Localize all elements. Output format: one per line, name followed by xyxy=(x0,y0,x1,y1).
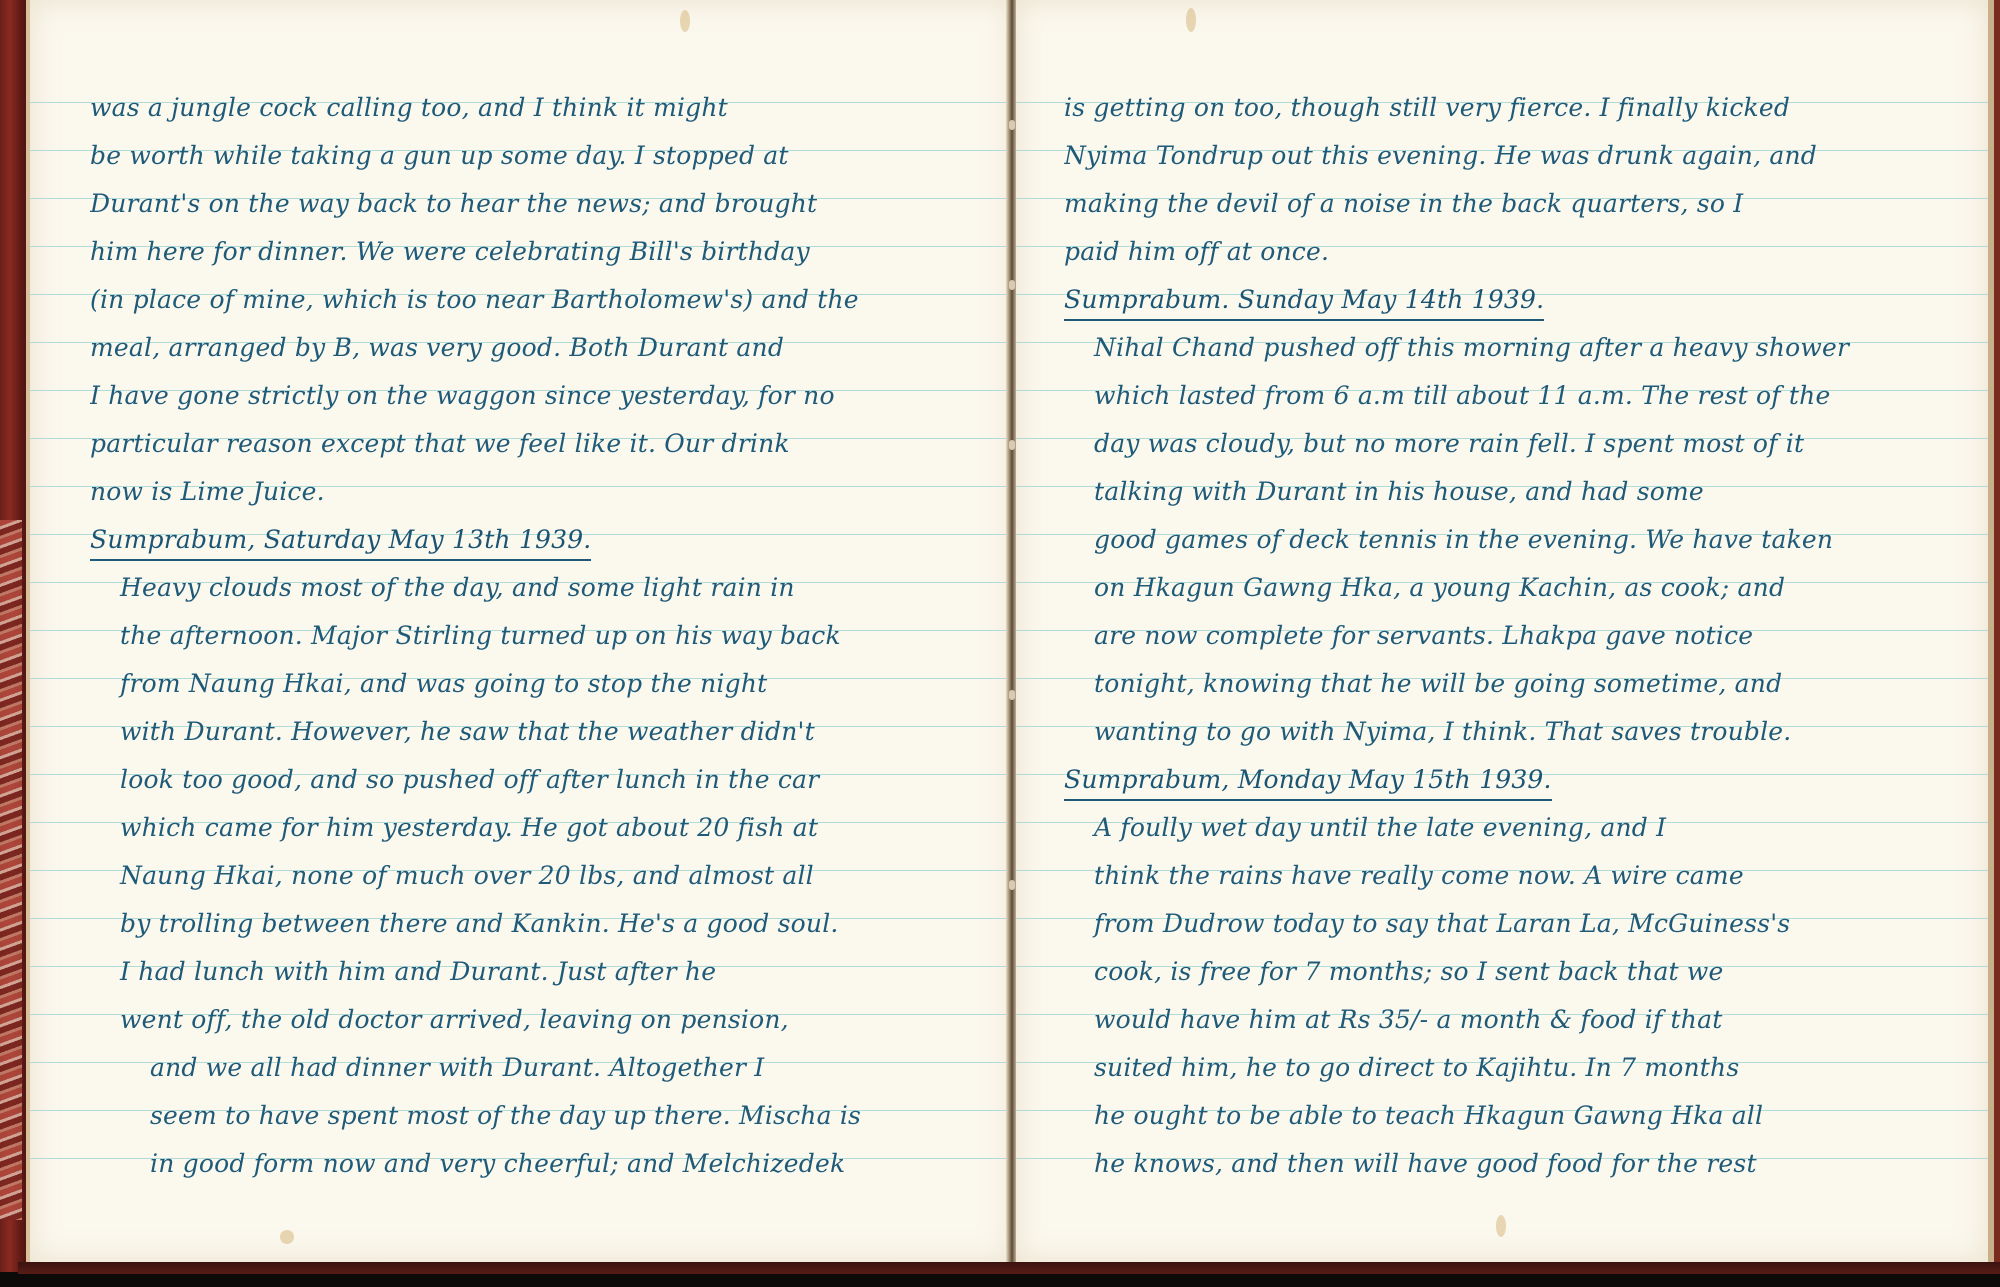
text-line: he knows, and then will have good food f… xyxy=(1064,1140,1964,1188)
text-line: cook, is free for 7 months; so I sent ba… xyxy=(1064,948,1964,996)
entry-heading-line: Sumprabum, Monday May 15th 1939. xyxy=(1064,756,1964,804)
cover-bottom-edge xyxy=(18,1262,2000,1274)
text-line: day was cloudy, but no more rain fell. I… xyxy=(1064,420,1964,468)
text-line: is getting on too, though still very fie… xyxy=(1064,84,1964,132)
paper-stain xyxy=(280,1230,294,1244)
binding-stitch xyxy=(1009,280,1015,290)
text-line: I have gone strictly on the waggon since… xyxy=(90,372,990,420)
binding-stitch xyxy=(1009,690,1015,700)
text-line: by trolling between there and Kankin. He… xyxy=(90,900,990,948)
text-line: he ought to be able to teach Hkagun Gawn… xyxy=(1064,1092,1964,1140)
text-line: was a jungle cock calling too, and I thi… xyxy=(90,84,990,132)
binding-stitch xyxy=(1009,880,1015,890)
text-line: which lasted from 6 a.m till about 11 a.… xyxy=(1064,372,1964,420)
text-line: the afternoon. Major Stirling turned up … xyxy=(90,612,990,660)
text-line: from Dudrow today to say that Laran La, … xyxy=(1064,900,1964,948)
paper-stain xyxy=(1496,1215,1506,1237)
right-page: is getting on too, though still very fie… xyxy=(1016,0,1994,1262)
marbled-endpaper xyxy=(0,520,22,1220)
entry-heading-line: Sumprabum, Saturday May 13th 1939. xyxy=(90,516,990,564)
entry-heading-may-13: Sumprabum, Saturday May 13th 1939. xyxy=(90,521,591,561)
text-line: which came for him yesterday. He got abo… xyxy=(90,804,990,852)
text-line: tonight, knowing that he will be going s… xyxy=(1064,660,1964,708)
text-line: I had lunch with him and Durant. Just af… xyxy=(90,948,990,996)
left-page-text: was a jungle cock calling too, and I thi… xyxy=(90,84,990,1188)
binding-stitch xyxy=(1009,120,1015,130)
text-line: Durant's on the way back to hear the new… xyxy=(90,180,990,228)
text-line: making the devil of a noise in the back … xyxy=(1064,180,1964,228)
entry-heading-may-14: Sumprabum. Sunday May 14th 1939. xyxy=(1064,281,1544,321)
text-line: from Naung Hkai, and was going to stop t… xyxy=(90,660,990,708)
right-page-text: is getting on too, though still very fie… xyxy=(1064,84,1964,1188)
paper-stain xyxy=(680,10,690,32)
text-line: seem to have spent most of the day up th… xyxy=(90,1092,990,1140)
text-line: suited him, he to go direct to Kajihtu. … xyxy=(1064,1044,1964,1092)
text-line: would have him at Rs 35/- a month & food… xyxy=(1064,996,1964,1044)
text-line: and we all had dinner with Durant. Altog… xyxy=(90,1044,990,1092)
text-line: think the rains have really come now. A … xyxy=(1064,852,1964,900)
text-line: are now complete for servants. Lhakpa ga… xyxy=(1064,612,1964,660)
text-line: in good form now and very cheerful; and … xyxy=(90,1140,990,1188)
text-line: A foully wet day until the late evening,… xyxy=(1064,804,1964,852)
text-line: look too good, and so pushed off after l… xyxy=(90,756,990,804)
text-line: good games of deck tennis in the evening… xyxy=(1064,516,1964,564)
left-page: was a jungle cock calling too, and I thi… xyxy=(26,0,1012,1262)
text-line: went off, the old doctor arrived, leavin… xyxy=(90,996,990,1044)
text-line: Nihal Chand pushed off this morning afte… xyxy=(1064,324,1964,372)
text-line: him here for dinner. We were celebrating… xyxy=(90,228,990,276)
text-line: now is Lime Juice. xyxy=(90,468,990,516)
text-line: with Durant. However, he saw that the we… xyxy=(90,708,990,756)
text-line: (in place of mine, which is too near Bar… xyxy=(90,276,990,324)
paper-stain xyxy=(1186,8,1196,32)
text-line: wanting to go with Nyima, I think. That … xyxy=(1064,708,1964,756)
entry-heading-line: Sumprabum. Sunday May 14th 1939. xyxy=(1064,276,1964,324)
entry-heading-may-15: Sumprabum, Monday May 15th 1939. xyxy=(1064,761,1552,801)
binding-stitch xyxy=(1009,440,1015,450)
text-line: particular reason except that we feel li… xyxy=(90,420,990,468)
text-line: talking with Durant in his house, and ha… xyxy=(1064,468,1964,516)
text-line: Naung Hkai, none of much over 20 lbs, an… xyxy=(90,852,990,900)
text-line: Nyima Tondrup out this evening. He was d… xyxy=(1064,132,1964,180)
text-line: on Hkagun Gawng Hka, a young Kachin, as … xyxy=(1064,564,1964,612)
text-line: be worth while taking a gun up some day.… xyxy=(90,132,990,180)
text-line: meal, arranged by B, was very good. Both… xyxy=(90,324,990,372)
text-line: Heavy clouds most of the day, and some l… xyxy=(90,564,990,612)
text-line: paid him off at once. xyxy=(1064,228,1964,276)
